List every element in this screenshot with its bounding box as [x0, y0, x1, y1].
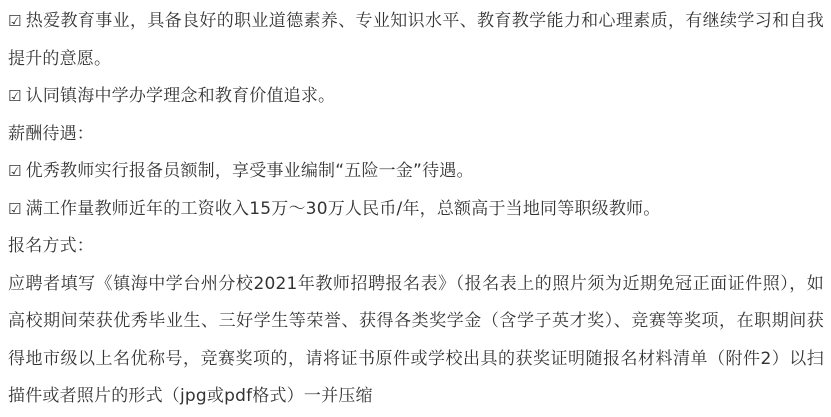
application-heading: 报名方式： — [8, 228, 824, 266]
requirement-item: ☑认同镇海中学办学理念和教育价值追求。 — [8, 78, 824, 116]
salary-item: ☑满工作量教师近年的工资收入15万～30万人民币/年，总额高于当地同等职级教师。 — [8, 191, 824, 229]
salary-text: 优秀教师实行报备员额制，享受事业编制“五险一金”待遇。 — [26, 161, 474, 181]
checkbox-icon: ☑ — [8, 87, 22, 105]
salary-text: 满工作量教师近年的工资收入15万～30万人民币/年，总额高于当地同等职级教师。 — [26, 199, 661, 219]
document-body: ☑热爱教育事业，具备良好的职业道德素养、专业知识水平、教育教学能力和心理素质，有… — [8, 3, 824, 416]
salary-heading: 薪酬待遇： — [8, 116, 824, 154]
requirement-text: 认同镇海中学办学理念和教育价值追求。 — [26, 86, 336, 106]
requirement-item: ☑热爱教育事业，具备良好的职业道德素养、专业知识水平、教育教学能力和心理素质，有… — [8, 3, 824, 78]
requirement-text: 热爱教育事业，具备良好的职业道德素养、专业知识水平、教育教学能力和心理素质，有继… — [8, 11, 824, 69]
checkbox-icon: ☑ — [8, 162, 22, 180]
checkbox-icon: ☑ — [8, 200, 22, 218]
salary-item: ☑优秀教师实行报备员额制，享受事业编制“五险一金”待遇。 — [8, 153, 824, 191]
checkbox-icon: ☑ — [8, 12, 22, 30]
application-body: 应聘者填写《镇海中学台州分校2021年教师招聘报名表》（报名表上的照片须为近期免… — [8, 266, 824, 416]
